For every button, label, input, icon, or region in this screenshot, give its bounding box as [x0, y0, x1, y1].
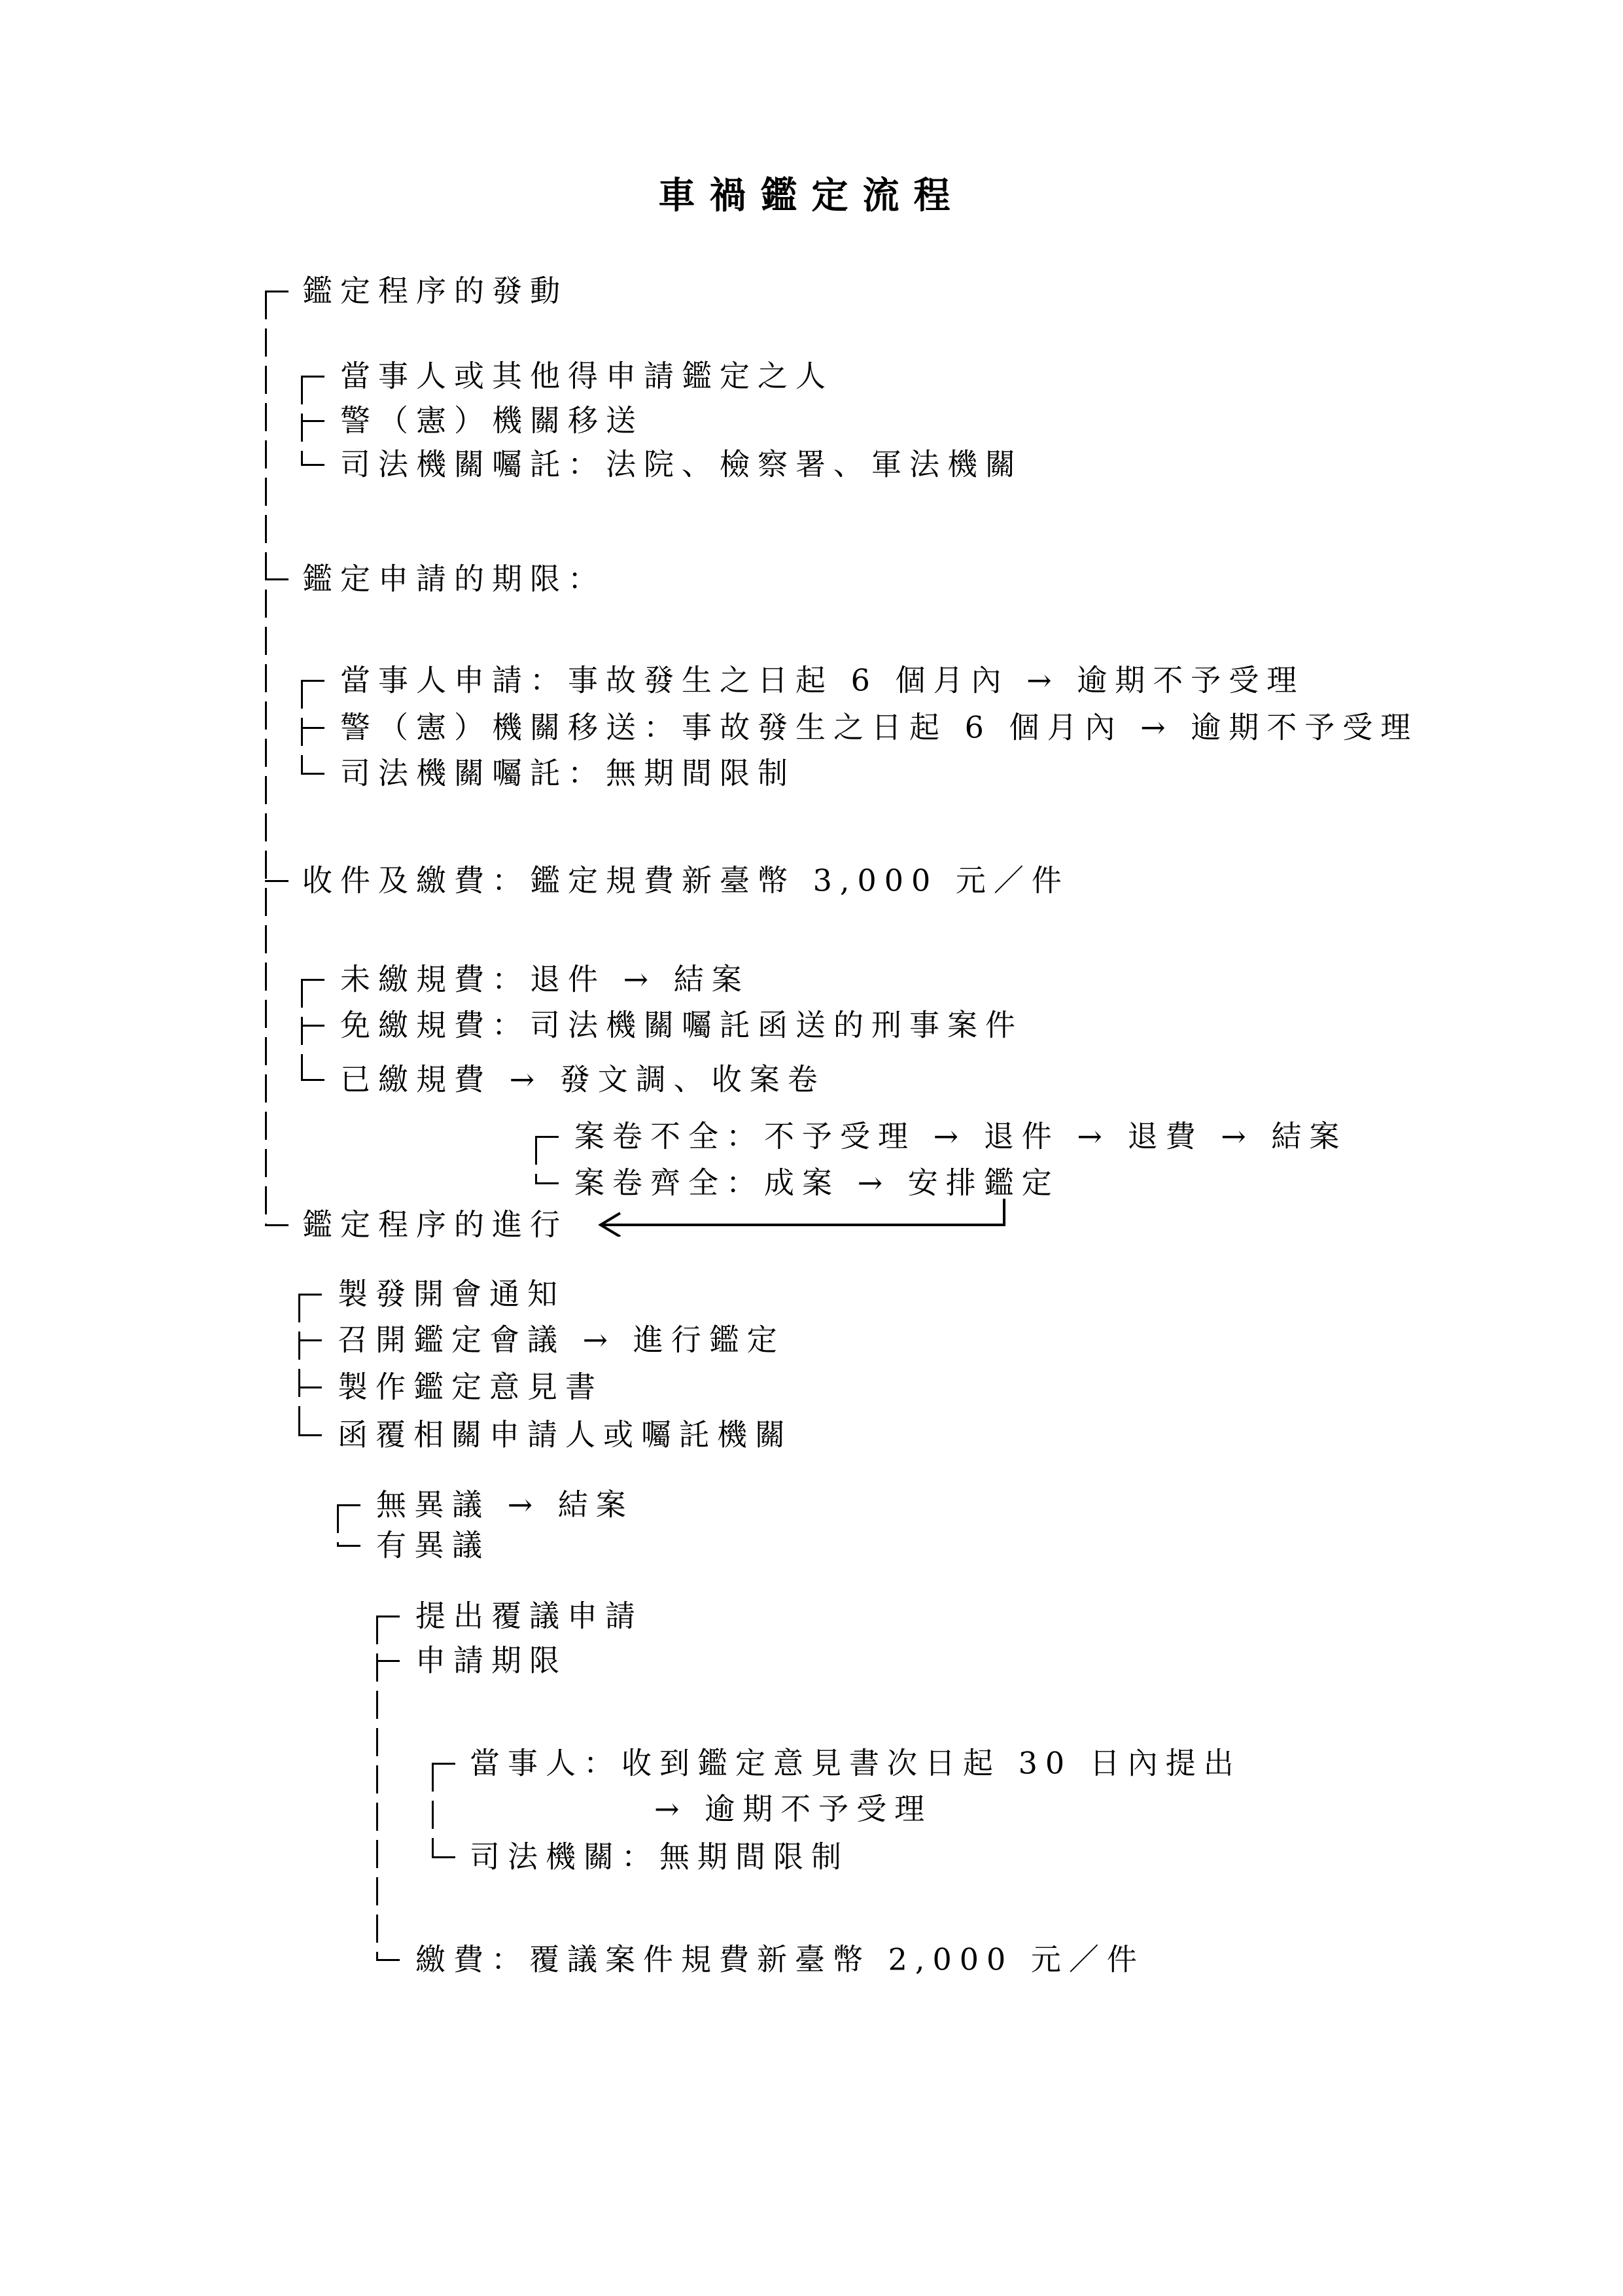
node-incomplete-file: 案卷不全：不予受理 → 退件 → 退費 → 結案: [574, 1118, 1347, 1154]
corner-meeting-notice: [298, 1294, 322, 1296]
node-meeting-notice: 製發開會通知: [338, 1276, 565, 1312]
page-title: 車禍鑑定流程: [0, 167, 1623, 219]
node-judicial-commission: 司法機關囑託：法院、檢察署、軍法機關: [340, 446, 1023, 482]
tee-opinion-report: [298, 1386, 322, 1388]
corner-reappraisal-application: [376, 1616, 400, 1617]
tee-fee-exempt: [301, 1025, 324, 1027]
node-judicial-no-limit: 司法機關囑託：無期間限制: [340, 755, 795, 791]
node-applicant-party: 當事人或其他得申請鑑定之人: [340, 358, 833, 394]
node-reply-letter: 函覆相關申請人或囑託機關: [338, 1417, 793, 1453]
corner-complete-file: [535, 1182, 559, 1184]
node-no-objection: 無異議 → 結案: [376, 1487, 634, 1523]
node-reappraisal-application: 提出覆議申請: [415, 1598, 643, 1634]
corner-party-deadline: [301, 680, 324, 682]
node-reappraisal-fee: 繳費：覆議案件規費新臺幣 2,000 元／件: [415, 1941, 1145, 1977]
corner-no-objection: [337, 1504, 360, 1506]
corner-party-reappraisal: [432, 1763, 455, 1765]
tee-deadline: [265, 578, 288, 580]
corner-judicial-deadline: [301, 773, 324, 775]
corner-incomplete-file: [535, 1136, 559, 1138]
node-procedure-progress: 鑑定程序的進行: [302, 1207, 568, 1243]
tree-spine-reappraisal-block: [376, 1616, 378, 1960]
tee-police-deadline: [301, 727, 324, 729]
node-police-referral: 警（憲）機關移送: [340, 402, 644, 438]
tree-spine-fee-children: [301, 980, 303, 1080]
node-overdue-rejected: → 逾期不予受理: [654, 1791, 932, 1827]
corner-fee-paid: [301, 1079, 324, 1081]
node-receipt-and-payment: 收件及繳費：鑑定規費新臺幣 3,000 元／件: [302, 862, 1070, 898]
document-page: 車禍鑑定流程 鑑定程序的發動 當事人或其他得申請: [0, 0, 1623, 2296]
tree-spine-objection-pair: [337, 1505, 339, 1545]
corner-proceeding: [265, 1224, 288, 1226]
tree-spine-level1: [265, 291, 267, 1225]
node-party-reappraisal-deadline: 當事人：收到鑑定意見書次日起 30 日內提出: [470, 1745, 1242, 1781]
node-opinion-report: 製作鑑定意見書: [338, 1369, 603, 1405]
corner-judicial-commission: [301, 464, 324, 466]
node-police-deadline: 警（憲）機關移送：事故發生之日起 6 個月內 → 逾期不予受理: [340, 709, 1418, 745]
node-appraisal-meeting: 召開鑑定會議 → 進行鑑定: [338, 1322, 785, 1358]
tee-reappraisal-deadline: [376, 1660, 400, 1662]
tee-police-referral: [301, 420, 324, 422]
tee-receipt-fee: [265, 880, 288, 882]
node-unpaid-fee: 未繳規費：退件 → 結案: [340, 961, 750, 997]
node-judicial-reappraisal-no-limit: 司法機關：無期間限制: [470, 1839, 849, 1875]
corner-reply-letter: [298, 1434, 322, 1436]
corner-initiation: [265, 291, 288, 292]
corner-unpaid-fee: [301, 979, 324, 981]
corner-judicial-reappraisal: [432, 1856, 455, 1858]
corner-reappraisal-fee: [376, 1959, 400, 1961]
tree-spine-reappraisal-deadline-children: [432, 1763, 434, 1857]
node-initiation: 鑑定程序的發動: [302, 273, 568, 309]
tee-appraisal-meeting: [298, 1339, 322, 1341]
tree-spine-proceeding-children: [298, 1294, 300, 1435]
node-application-deadline: 鑑定申請的期限：: [302, 561, 606, 597]
node-reappraisal-deadline: 申請期限: [415, 1642, 567, 1678]
node-party-deadline: 當事人申請：事故發生之日起 6 個月內 → 逾期不予受理: [340, 662, 1304, 698]
node-complete-file: 案卷齊全：成案 → 安排鑑定: [574, 1165, 1060, 1201]
corner-objection: [337, 1545, 360, 1547]
corner-applicant-party: [301, 376, 324, 378]
node-objection: 有異議: [376, 1527, 490, 1563]
tree-spine-casefile-children: [535, 1137, 537, 1183]
node-fee-paid: 已繳規費 → 發文調、收案卷: [340, 1061, 826, 1097]
node-fee-exempt: 免繳規費：司法機關囑託函送的刑事案件: [340, 1007, 1023, 1043]
